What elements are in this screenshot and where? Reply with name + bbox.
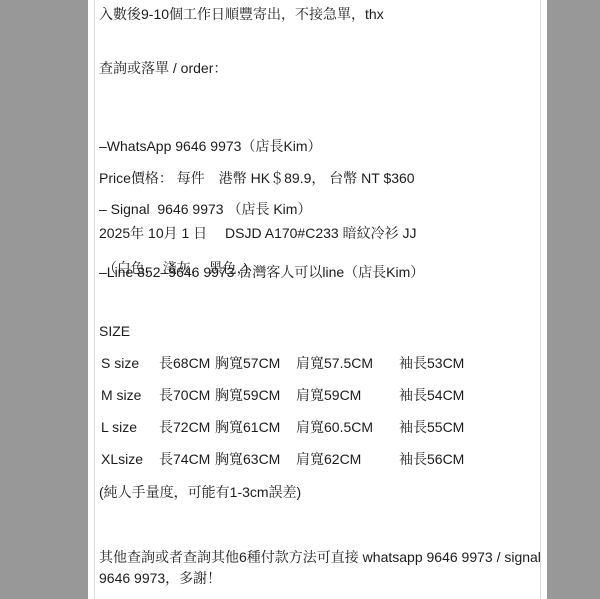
photo-viewer-background: { "theme": { "background_color": "#98989… bbox=[0, 0, 600, 599]
size-label: S size bbox=[101, 353, 139, 374]
size-sleeve: 袖長54CM bbox=[399, 385, 464, 406]
product-title: 2025年 10月 1 日 DSJD A170#C233 暗紋冷衫 JJ bbox=[99, 223, 549, 244]
size-row-l: L size 長72CM 胸寬61CM 肩寬60.5CM 袖長55CM bbox=[99, 417, 545, 438]
size-label: XLsize bbox=[101, 449, 143, 470]
document-page: 入數後9-10個工作日順豐寄出，不接急單，thx 查詢或落單 / order： … bbox=[88, 0, 547, 599]
size-chest: 胸寬63CM bbox=[215, 449, 280, 470]
size-length: 長72CM bbox=[159, 417, 210, 438]
size-sleeve: 袖長55CM bbox=[399, 417, 464, 438]
size-length: 長70CM bbox=[159, 385, 210, 406]
size-shoulder: 肩寬62CM bbox=[296, 449, 361, 470]
measurement-note: (純人手量度，可能有1-3cm誤差) bbox=[99, 482, 549, 503]
size-length: 長74CM bbox=[159, 449, 210, 470]
size-shoulder: 肩寬57.5CM bbox=[296, 353, 373, 374]
size-length: 長68CM bbox=[159, 353, 210, 374]
size-row-m: M size 長70CM 胸寬59CM 肩寬59CM 袖長54CM bbox=[99, 385, 545, 406]
price-line: Price價格： 每件 港幣 HK＄89.9， 台幣 NT $360 bbox=[99, 168, 549, 189]
size-chest: 胸寬59CM bbox=[215, 385, 280, 406]
shipping-note: 入數後9-10個工作日順豐寄出，不接急單，thx bbox=[99, 4, 549, 25]
size-chest: 胸寬57CM bbox=[215, 353, 280, 374]
size-sleeve: 袖長53CM bbox=[399, 353, 464, 374]
footer-contact-note: 其他查詢或者查詢其他6種付款方法可直接 whatsapp 9646 9973 /… bbox=[99, 547, 549, 589]
size-shoulder: 肩寬59CM bbox=[296, 385, 361, 406]
size-heading: SIZE bbox=[99, 321, 549, 342]
order-heading: 查詢或落單 / order： bbox=[99, 58, 549, 79]
size-sleeve: 袖長56CM bbox=[399, 449, 464, 470]
size-row-xl: XLsize 長74CM 胸寬63CM 肩寬62CM 袖長56CM bbox=[99, 449, 545, 470]
contact-whatsapp: –WhatsApp 9646 9973（店長Kim） bbox=[99, 136, 549, 157]
size-label: L size bbox=[101, 417, 137, 438]
contact-signal: – Signal 9646 9973 （店長 Kim） bbox=[99, 199, 549, 220]
size-shoulder: 肩寬60.5CM bbox=[296, 417, 373, 438]
color-options: （白色， 淺灰， 黑色，) bbox=[99, 258, 549, 279]
size-label: M size bbox=[101, 385, 141, 406]
contact-list: –WhatsApp 9646 9973（店長Kim） – Signal 9646… bbox=[99, 94, 549, 325]
size-row-s: S size 長68CM 胸寬57CM 肩寬57.5CM 袖長53CM bbox=[99, 353, 545, 374]
size-chest: 胸寬61CM bbox=[215, 417, 280, 438]
